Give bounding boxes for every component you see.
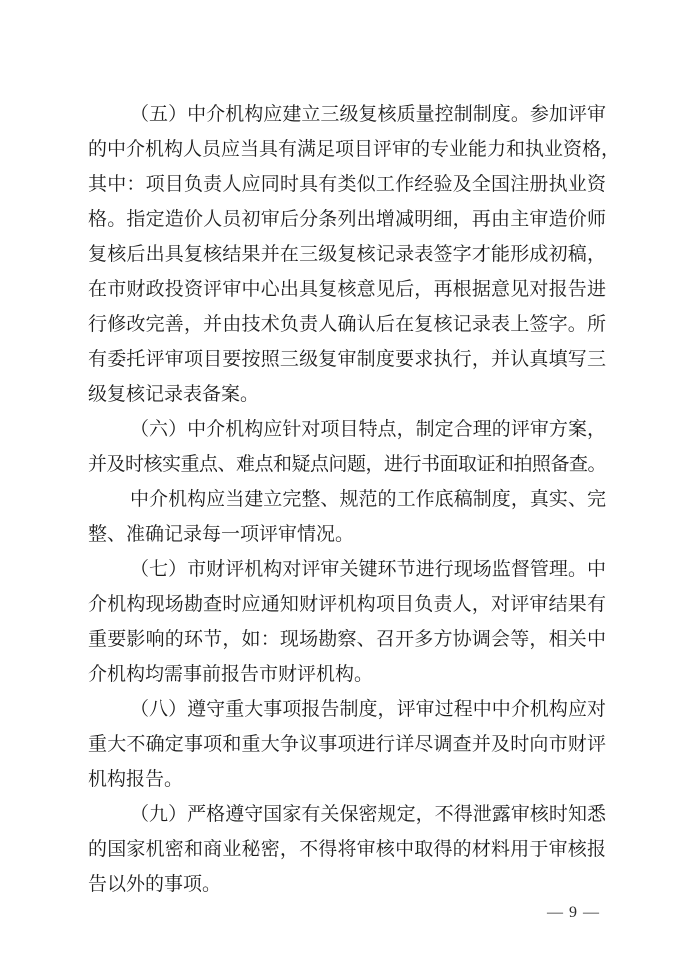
- text-line: 介机构均需事前报告市财评机构。: [88, 657, 606, 692]
- text-line: 的国家机密和商业秘密，不得将审核中取得的材料用于审核报: [88, 832, 606, 867]
- text-line: （五）中介机构应建立三级复核质量控制制度。参加评审: [88, 97, 606, 132]
- text-line: （八）遵守重大事项报告制度，评审过程中中介机构应对: [88, 692, 606, 727]
- text-line: 重大不确定事项和重大争议事项进行详尽调查并及时向市财评: [88, 727, 606, 762]
- text-line: 介机构现场勘查时应通知财评机构项目负责人，对评审结果有: [88, 587, 606, 622]
- text-line: （九）严格遵守国家有关保密规定，不得泄露审核时知悉: [88, 797, 606, 832]
- text-line: （七）市财评机构对评审关键环节进行现场监督管理。中: [88, 552, 606, 587]
- document-page: （五）中介机构应建立三级复核质量控制制度。参加评审 的中介机构人员应当具有满足项…: [0, 0, 690, 976]
- text-line: 格。指定造价人员初审后分条列出增减明细，再由主审造价师: [88, 202, 606, 237]
- text-line: 告以外的事项。: [88, 867, 606, 902]
- text-line: 在市财政投资评审中心出具复核意见后，再根据意见对报告进: [88, 272, 606, 307]
- text-line: 有委托评审项目要按照三级复审制度要求执行，并认真填写三: [88, 342, 606, 377]
- text-line: 复核后出具复核结果并在三级复核记录表签字才能形成初稿，: [88, 237, 606, 272]
- text-line: 重要影响的环节，如：现场勘察、召开多方协调会等，相关中: [88, 622, 606, 657]
- text-line: 行修改完善，并由技术负责人确认后在复核记录表上签字。所: [88, 307, 606, 342]
- text-line: 的中介机构人员应当具有满足项目评审的专业能力和执业资格，: [88, 132, 606, 167]
- text-line: （六）中介机构应针对项目特点，制定合理的评审方案，: [88, 412, 606, 447]
- document-body: （五）中介机构应建立三级复核质量控制制度。参加评审 的中介机构人员应当具有满足项…: [88, 97, 606, 902]
- text-line: 级复核记录表备案。: [88, 377, 606, 412]
- text-line: 并及时核实重点、难点和疑点问题，进行书面取证和拍照备查。: [88, 447, 606, 482]
- text-line: 机构报告。: [88, 762, 606, 797]
- text-line: 中介机构应当建立完整、规范的工作底稿制度，真实、完: [88, 482, 606, 517]
- text-line: 整、准确记录每一项评审情况。: [88, 517, 606, 552]
- page-number: — 9 —: [547, 903, 600, 923]
- text-line: 其中：项目负责人应同时具有类似工作经验及全国注册执业资: [88, 167, 606, 202]
